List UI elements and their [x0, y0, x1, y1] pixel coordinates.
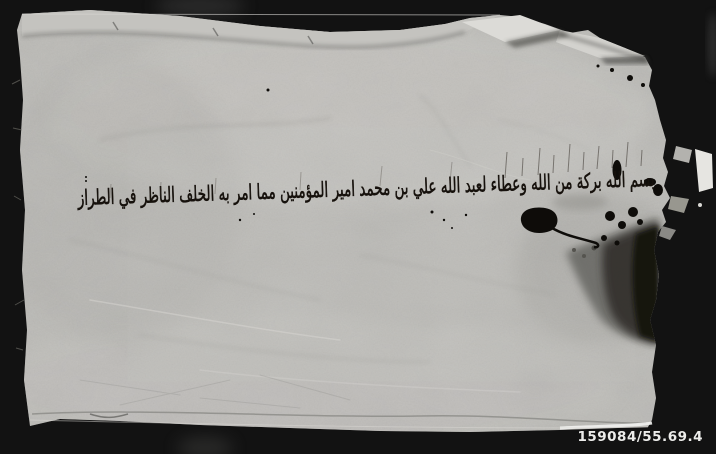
tiraz-textile-photograph: بسم الله بركة من الله وعطاء لعبد الله عل… — [0, 0, 716, 454]
photo-canvas: بسم الله بركة من الله وعطاء لعبد الله عل… — [0, 0, 716, 454]
fabric-texture — [0, 0, 716, 454]
accession-number-label: 159084/55.69.4 — [577, 429, 703, 445]
textile-fragment: بسم الله بركة من الله وعطاء لعبد الله عل… — [0, 0, 716, 454]
